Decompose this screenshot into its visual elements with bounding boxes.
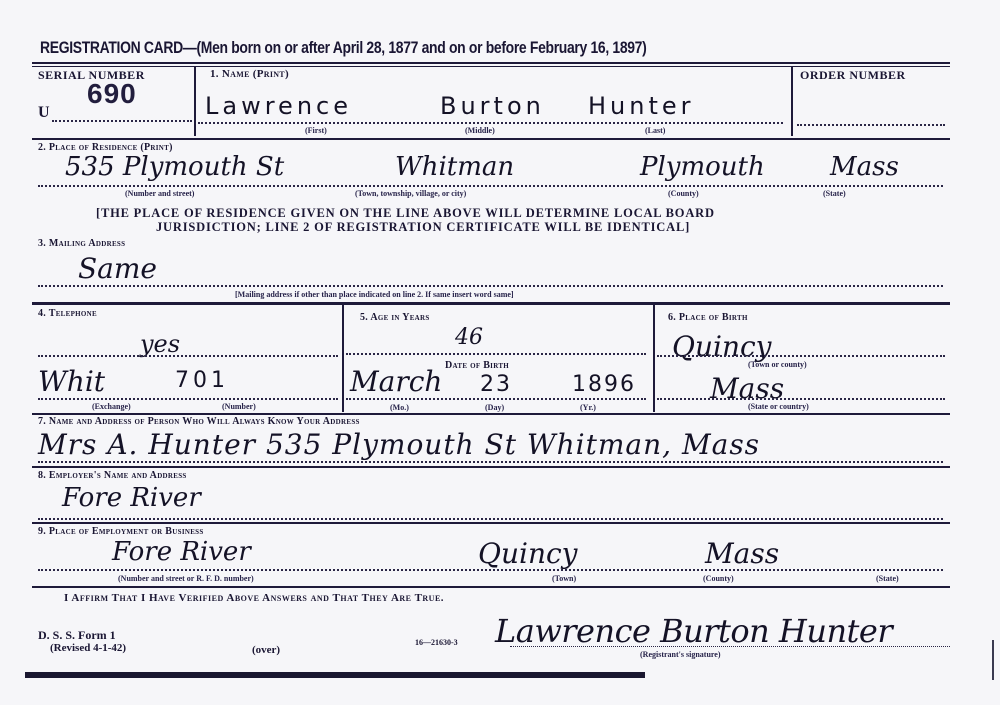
- employment-town-caption: (Town): [552, 574, 576, 583]
- age-value: 46: [455, 325, 483, 350]
- divider: [32, 62, 950, 64]
- employment-county-caption: (County): [703, 574, 734, 583]
- month-caption: (Mo.): [390, 403, 409, 412]
- divider: [791, 66, 793, 136]
- mailing-value: Same: [78, 252, 157, 285]
- signature-caption: (Registrant's signature): [640, 650, 721, 659]
- dob-month: March: [350, 365, 442, 398]
- divider: [32, 66, 950, 67]
- day-caption: (Day): [485, 403, 504, 412]
- mailing-caption: [Mailing address if other than place ind…: [235, 290, 514, 299]
- employment-town: Quincy: [478, 537, 577, 570]
- divider: [32, 138, 950, 140]
- scan-edge: [25, 672, 645, 678]
- registrant-signature: Lawrence Burton Hunter: [495, 612, 892, 650]
- serial-prefix: U: [38, 104, 50, 122]
- employer-value: Fore River: [62, 483, 201, 513]
- employment-label: 9. Place of Employment or Business: [38, 526, 204, 537]
- employment-street: Fore River: [112, 537, 251, 567]
- name-label: 1. Name (Print): [210, 68, 289, 80]
- dob-label: Date of Birth: [445, 360, 509, 371]
- divider: [32, 586, 950, 588]
- name-line: [198, 122, 783, 124]
- state-or-country-caption: (State or country): [748, 402, 809, 411]
- exchange-caption: (Exchange): [92, 402, 131, 411]
- residence-line: [38, 185, 943, 187]
- birthplace-state-line: [657, 398, 945, 400]
- mailing-line: [38, 285, 943, 287]
- year-caption: (Yr.): [580, 403, 596, 412]
- residence-notice-2: JURISDICTION; LINE 2 OF REGISTRATION CER…: [156, 220, 690, 235]
- order-number-line: [797, 124, 945, 126]
- town-or-county-caption: (Town or county): [748, 360, 807, 369]
- town-caption: (Town, township, village, or city): [355, 189, 466, 198]
- form-number: D. S. S. Form 1: [38, 628, 116, 643]
- mailing-label: 3. Mailing Address: [38, 238, 125, 249]
- telephone-number-line: [38, 398, 338, 400]
- telephone-has: yes: [140, 330, 180, 358]
- employment-line: [38, 569, 943, 571]
- divider: [32, 413, 950, 415]
- name-middle: Burton: [440, 92, 545, 120]
- form-revised: (Revised 4-1-42): [50, 642, 126, 654]
- dob-day: 23: [480, 372, 512, 397]
- divider: [194, 66, 196, 136]
- signature-line: [510, 646, 950, 647]
- employment-state-caption: (State): [876, 574, 899, 583]
- registration-card: REGISTRATION CARD—(Men born on or after …: [0, 0, 1000, 705]
- divider: [32, 302, 950, 305]
- last-caption: (Last): [645, 126, 665, 135]
- residence-town: Whitman: [395, 152, 514, 182]
- telephone-label: 4. Telephone: [38, 308, 97, 319]
- card-title: REGISTRATION CARD—(Men born on or after …: [40, 38, 646, 58]
- telephone-line: [38, 355, 338, 357]
- residence-state: Mass: [830, 152, 899, 182]
- order-number-label: ORDER NUMBER: [800, 68, 906, 83]
- birthplace-label: 6. Place of Birth: [668, 312, 748, 323]
- contact-label: 7. Name and Address of Person Who Will A…: [38, 416, 360, 427]
- number-caption: (Number): [222, 402, 256, 411]
- serial-line: [52, 120, 192, 122]
- contact-value: Mrs A. Hunter 535 Plymouth St Whitman, M…: [38, 428, 760, 461]
- divider: [342, 304, 344, 412]
- print-code: 16—21630-3: [415, 638, 458, 647]
- contact-line: [38, 461, 943, 463]
- employment-street-caption: (Number and street or R. F. D. number): [118, 574, 254, 583]
- residence-county: Plymouth: [640, 152, 765, 182]
- residence-notice-1: [THE PLACE OF RESIDENCE GIVEN ON THE LIN…: [96, 206, 715, 221]
- over-label: (over): [252, 644, 280, 656]
- affirmation-text: I Affirm That I Have Verified Above Answ…: [64, 592, 444, 604]
- name-last: Hunter: [588, 92, 695, 120]
- serial-number-value: 690: [87, 78, 137, 110]
- dob-year: 1896: [572, 372, 636, 397]
- divider: [32, 466, 950, 468]
- street-caption: (Number and street): [125, 189, 194, 198]
- divider: [32, 522, 950, 524]
- employment-county: Mass: [705, 537, 779, 570]
- age-line: [346, 353, 646, 355]
- middle-caption: (Middle): [465, 126, 495, 135]
- telephone-number: 701: [175, 368, 229, 393]
- residence-street: 535 Plymouth St: [65, 152, 284, 182]
- divider: [653, 304, 655, 412]
- birthplace-town: Quincy: [672, 330, 771, 363]
- county-caption: (County): [668, 189, 699, 198]
- dob-line: [346, 398, 646, 400]
- employer-line: [38, 518, 943, 520]
- age-label: 5. Age in Years: [360, 312, 430, 323]
- scan-edge-right: [992, 640, 994, 680]
- first-caption: (First): [305, 126, 327, 135]
- birthplace-town-line: [657, 355, 945, 357]
- employer-label: 8. Employer's Name and Address: [38, 470, 187, 481]
- telephone-exchange: Whit: [38, 365, 105, 398]
- birthplace-state: Mass: [710, 372, 784, 405]
- state-caption: (State): [823, 189, 846, 198]
- name-first: Lawrence: [205, 92, 352, 120]
